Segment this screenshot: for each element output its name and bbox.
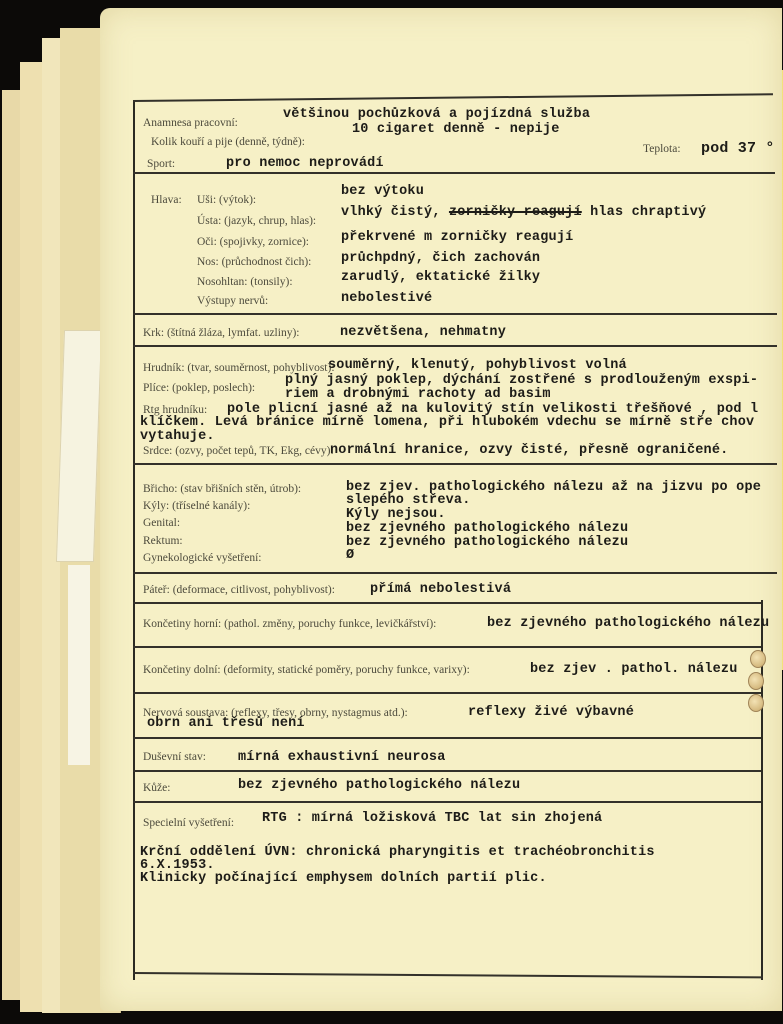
divider bbox=[133, 692, 761, 694]
divider bbox=[133, 972, 763, 978]
torn-paper-flap bbox=[56, 330, 102, 562]
koncetiny-horni-value: bez zjevného pathologického nálezu bbox=[487, 616, 769, 631]
form-frame-left bbox=[133, 100, 135, 980]
plice-value-1: plný jasný poklep, dýchání zostřené s pr… bbox=[285, 373, 758, 388]
vystupy-value: nebolestivé bbox=[341, 291, 432, 306]
examination-form: Anamnesa pracovní: většinou pochůzková a… bbox=[125, 80, 775, 980]
kuze-label: Kůže: bbox=[143, 782, 170, 794]
oci-label: Oči: (spojivky, zornice): bbox=[197, 236, 309, 248]
dusevni-value: mírná exhaustivní neurosa bbox=[238, 750, 446, 765]
divider bbox=[133, 737, 761, 739]
koureni-label: Kolik kouří a pije (denně, týdně): bbox=[151, 136, 305, 148]
pater-label: Páteř: (deformace, citlivost, pohyblivos… bbox=[143, 584, 335, 596]
usta-value: vlhký čistý, zorničky reagují hlas chrap… bbox=[341, 205, 706, 220]
usta-label: Ústa: (jazyk, chrup, hlas): bbox=[197, 215, 316, 227]
genital-label: Genital: bbox=[143, 517, 180, 529]
specialni-note-3: Klinicky počínající emphysem dolních par… bbox=[140, 871, 547, 886]
struck-text: zorničky reagují bbox=[449, 205, 582, 220]
vystupy-label: Výstupy nervů: bbox=[197, 295, 268, 307]
anamnesa-label: Anamnesa pracovní: bbox=[143, 117, 238, 129]
divider bbox=[133, 770, 761, 772]
nos-label: Nos: (průchodnost čich): bbox=[197, 256, 311, 268]
divider bbox=[133, 345, 777, 347]
rektum-label: Rektum: bbox=[143, 535, 183, 547]
gyn-label: Gynekologické vyšetření: bbox=[143, 552, 261, 564]
krk-label: Krk: (štítná žláza, lymfat. uzliny): bbox=[143, 327, 299, 339]
pater-value: přímá nebolestivá bbox=[370, 582, 511, 597]
koncetiny-dolni-value: bez zjev . pathol. nálezu bbox=[530, 662, 738, 677]
divider bbox=[133, 313, 777, 315]
divider bbox=[133, 463, 777, 465]
sport-label: Sport: bbox=[147, 158, 175, 170]
bricho-value-2: slepého střeva. bbox=[346, 493, 471, 508]
rtg-value-2: klíčkem. Levá bránice mírně lomena, při … bbox=[140, 415, 754, 430]
specialni-label: Specielní vyšetření: bbox=[143, 817, 234, 829]
divider bbox=[133, 572, 777, 574]
dusevni-label: Duševní stav: bbox=[143, 751, 206, 763]
divider bbox=[133, 172, 775, 174]
srdce-label: Srdce: (ozvy, počet tepů, TK, Ekg, cévy)… bbox=[143, 445, 334, 457]
srdce-value: normální hranice, ozvy čisté, přesně ogr… bbox=[330, 443, 728, 458]
anamnesa-value: většinou pochůzková a pojízdná služba bbox=[283, 107, 590, 122]
usta-value-text: vlhký čistý, bbox=[341, 205, 441, 220]
nos-value: průchpdný, čich zachován bbox=[341, 251, 540, 266]
plice-value-2: riem a drobnými rachoty ad basim bbox=[285, 387, 551, 402]
teplota-label: Teplota: bbox=[643, 143, 681, 155]
nosohltan-label: Nosohltan: (tonsily): bbox=[197, 276, 293, 288]
koncetiny-dolni-label: Končetiny dolní: (deformity, statické po… bbox=[143, 664, 470, 676]
nervova-value-2: obrn ani třesů není bbox=[147, 716, 305, 731]
usta-value-after: hlas chraptivý bbox=[590, 205, 706, 220]
koncetiny-horni-label: Končetiny horní: (pathol. změny, poruchy… bbox=[143, 618, 436, 630]
divider bbox=[133, 801, 761, 803]
divider bbox=[133, 93, 773, 102]
rtg-value-3: vytahuje. bbox=[140, 429, 215, 444]
kyly-value: Kýly nejsou. bbox=[346, 507, 446, 522]
oci-value: překrvené m zorničky reagují bbox=[341, 230, 573, 245]
genital-value: bez zjevného pathologického nálezu bbox=[346, 521, 628, 536]
hrudnik-value: souměrný, klenutý, pohyblivost volná bbox=[328, 358, 627, 373]
specialni-value: RTG : mírná ložisková TBC lat sin zhojen… bbox=[262, 811, 602, 826]
nosohltan-value: zarudlý, ektatické žilky bbox=[341, 270, 540, 285]
bricho-label: Břicho: (stav břišních stěn, útrob): bbox=[143, 483, 301, 495]
sport-value: pro nemoc neprovádí bbox=[226, 156, 384, 171]
teplota-value: pod 37 ° bbox=[701, 140, 775, 157]
krk-value: nezvětšena, nehmatny bbox=[340, 325, 506, 340]
specialni-note-1: Krční oddělení ÚVN: chronická pharyngiti… bbox=[140, 845, 655, 860]
hlava-label: Hlava: bbox=[151, 194, 182, 206]
plice-label: Plíce: (poklep, poslech): bbox=[143, 382, 255, 394]
koureni-value: 10 cigaret denně - nepije bbox=[352, 122, 560, 137]
nervova-value: reflexy živé výbavné bbox=[468, 705, 634, 720]
kuze-value: bez zjevného pathologického nálezu bbox=[238, 778, 520, 793]
binding-ring bbox=[748, 672, 764, 690]
binding-ring bbox=[748, 694, 764, 712]
usi-label: Uši: (výtok): bbox=[197, 194, 256, 206]
kyly-label: Kýly: (tříselné kanály): bbox=[143, 500, 250, 512]
rektum-value: bez zjevného pathologického nálezu bbox=[346, 535, 628, 550]
usi-value: bez výtoku bbox=[341, 184, 424, 199]
divider bbox=[133, 602, 761, 604]
gyn-value: Ø bbox=[346, 548, 354, 563]
paper-strip bbox=[68, 565, 90, 765]
binding-ring bbox=[750, 650, 766, 668]
divider bbox=[133, 646, 761, 648]
